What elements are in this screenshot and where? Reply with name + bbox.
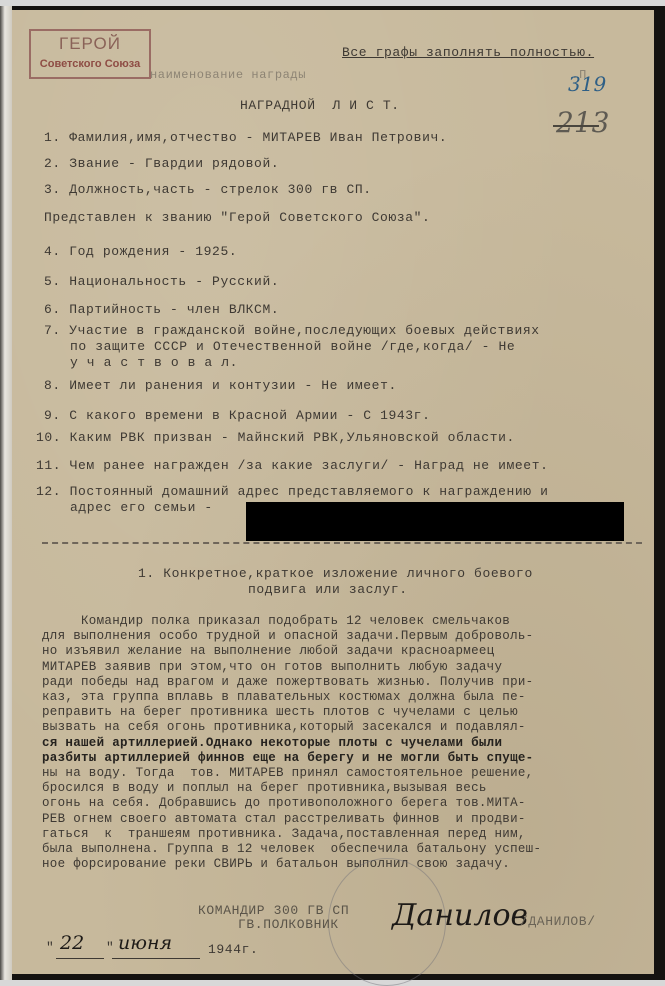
field-11: 11. Чем ранее награжден /за какие заслуг… bbox=[36, 458, 549, 473]
strike-line bbox=[553, 125, 599, 127]
field-6: 6. Партийность - член ВЛКСМ. bbox=[44, 302, 279, 317]
redaction-box bbox=[246, 502, 624, 541]
old-number: 213 bbox=[556, 106, 609, 139]
narrative-line: бросился в воду и поплыл на берег против… bbox=[42, 781, 487, 795]
narrative-line: вызвать на себя огонь противника,который… bbox=[42, 720, 526, 734]
narrative-line: но изъявил желание на выполнение любой з… bbox=[42, 644, 494, 658]
hero-stamp: ГЕРОЙ Советского Союза bbox=[29, 29, 151, 79]
section-heading-1: 1. Конкретное,краткое изложение личного … bbox=[138, 566, 533, 581]
date-day-underline bbox=[56, 958, 104, 959]
field-12-cont: адрес его семьи - bbox=[70, 500, 213, 515]
field-3: 3. Должность,часть - стрелок 300 гв СП. bbox=[44, 182, 372, 197]
date-mid-quote: " bbox=[106, 940, 114, 955]
handwritten-signature: Данилов bbox=[392, 898, 528, 933]
narrative-line: была выполнена. Группа в 12 человек обес… bbox=[42, 842, 541, 856]
field-1: 1. Фамилия,имя,отчество - МИТАРЕВ Иван П… bbox=[44, 130, 447, 145]
field-3-nomination: Представлен к званию "Герой Советского С… bbox=[44, 210, 430, 225]
left-edge bbox=[0, 6, 12, 980]
signer-title-2: ГВ.ПОЛКОВНИК bbox=[238, 917, 339, 932]
field-9: 9. С какого времени в Красной Армии - С … bbox=[44, 408, 430, 423]
narrative-line: ради победы над врагом и даже пожертвова… bbox=[42, 675, 533, 689]
date-month: июня bbox=[118, 932, 172, 954]
stamp-line-2: Советского Союза bbox=[31, 58, 149, 70]
field-5: 5. Национальность - Русский. bbox=[44, 274, 279, 289]
narrative-line: ное форсирование реки СВИРЬ и батальон в… bbox=[42, 857, 510, 871]
dashed-separator bbox=[42, 542, 642, 544]
field-7-answer: у ч а с т в о в а л. bbox=[70, 355, 238, 370]
narrative-line: гаться к траншеям противника. Задача,пос… bbox=[42, 827, 526, 841]
narrative-line: ся нашей артиллерией.Однако некоторые пл… bbox=[42, 736, 502, 750]
signer-name: /ДАНИЛОВ/ bbox=[520, 914, 596, 929]
field-10: 10. Каким РВК призван - Майнский РВК,Уль… bbox=[36, 430, 515, 445]
document-title: НАГРАДНОЙ Л И С Т. bbox=[240, 98, 400, 113]
narrative-line: Командир полка приказал подобрать 12 чел… bbox=[42, 614, 510, 628]
field-7: 7. Участие в гражданской войне,последующ… bbox=[44, 323, 540, 338]
archive-number: 319 bbox=[568, 72, 606, 96]
section-heading-2: подвига или заслуг. bbox=[248, 582, 408, 597]
narrative-line: каз, эта группа вплавь в плавательных ко… bbox=[42, 690, 526, 704]
date-year: 1944г. bbox=[208, 942, 258, 957]
narrative-line: РЕВ огнем своего автомата стал расстрели… bbox=[42, 812, 526, 826]
narrative-line: огонь на себя. Добравшись до противополо… bbox=[42, 796, 526, 810]
field-4: 4. Год рождения - 1925. bbox=[44, 244, 237, 259]
narrative-line: ны на воду. Тогда тов. МИТАРЕВ принял са… bbox=[42, 766, 533, 780]
date-month-underline bbox=[112, 958, 200, 959]
date-open-quote: " bbox=[46, 940, 54, 955]
narrative-line: для выполнения особо трудной и опасной з… bbox=[42, 629, 533, 643]
field-7-cont: по защите СССР и Отечественной войне /гд… bbox=[70, 339, 515, 354]
award-sheet-page: ГЕРОЙ Советского Союза Все графы заполня… bbox=[12, 10, 654, 974]
bottom-border bbox=[0, 980, 665, 986]
narrative-line: МИТАРЕВ заявив при этом,что он готов вып… bbox=[42, 660, 502, 674]
field-8: 8. Имеет ли ранения и контузии - Не имее… bbox=[44, 378, 397, 393]
narrative-line: разбиты артиллерией финнов еще на берегу… bbox=[42, 751, 533, 765]
narrative-line: реправить на берег противника шесть плот… bbox=[42, 705, 518, 719]
signer-title-1: КОМАНДИР 300 ГВ СП bbox=[198, 903, 349, 918]
faint-header-line: наименование награды .П bbox=[150, 68, 587, 82]
field-12: 12. Постоянный домашний адрес представля… bbox=[36, 484, 549, 499]
date-day: 22 bbox=[60, 932, 84, 954]
instruction-text: Все графы заполнять полностью. bbox=[342, 45, 594, 60]
stamp-line-1: ГЕРОЙ bbox=[31, 34, 149, 54]
field-2: 2. Звание - Гвардии рядовой. bbox=[44, 156, 279, 171]
